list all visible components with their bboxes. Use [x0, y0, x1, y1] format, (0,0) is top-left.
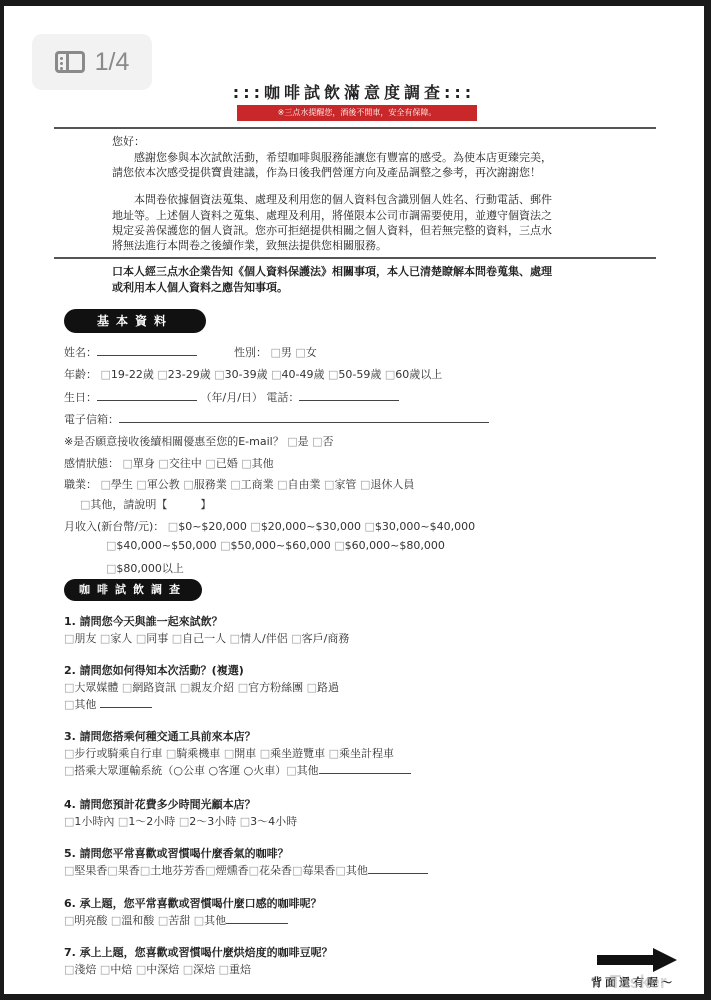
q4-options: 1小時內 1～2小時 2～3小時 3～4小時 [64, 813, 297, 829]
arrow-right-icon [597, 948, 677, 972]
q3-options: 步行或騎乘自行車 騎乘機車 開車 乘坐遊覽車 乘坐計程車 [64, 745, 394, 761]
document-page: 1/4 :::咖啡試飲滿意度調查::: ※三点水提醒您，酒後不開車，安全有保障。… [4, 6, 704, 994]
name-row: 姓名： 性別： 男 女 [64, 344, 317, 360]
income-option[interactable]: $30,000~$40,000 [365, 520, 476, 533]
q5-option[interactable]: 土地芬芳香 [140, 864, 205, 877]
q5-options: 堅果香果香土地芬芳香煙燻香花朵香莓果香其他 [64, 862, 428, 878]
q2-other-checkbox[interactable]: 其他 [64, 698, 96, 711]
consent-checkbox[interactable]: 口本人經三点水企業告知《個人資料保護法》相關事項，本人已清楚瞭解本問卷蒐集、處理 [112, 264, 552, 280]
watermark: Tasker [610, 972, 667, 993]
income-option[interactable]: $50,000~$60,000 [220, 539, 331, 552]
job-option[interactable]: 自由業 [277, 478, 320, 491]
q1-option[interactable]: 同事 [136, 632, 168, 645]
q4-option[interactable]: 2～3小時 [179, 815, 236, 828]
section-basic-info: 基本資料 [64, 309, 206, 333]
relationship-option[interactable]: 交往中 [158, 457, 201, 470]
sidebar-thumbnails-icon [55, 51, 85, 73]
age-option[interactable]: 40-49歲 [271, 368, 324, 381]
income-option[interactable]: $80,000以上 [106, 562, 184, 575]
divider [54, 127, 656, 129]
consent-text: 或利用本人個人資料之應告知事項。 [112, 280, 288, 296]
greeting: 您好： [112, 134, 145, 150]
q3-bus-radio[interactable]: ○公車 [173, 764, 205, 777]
q4-option[interactable]: 1～2小時 [118, 815, 175, 828]
q2-other-field[interactable] [100, 697, 152, 708]
q3-other-field[interactable] [319, 763, 411, 774]
intro-text: 請您依本次感受提供寶貴建議，作為日後我們營運方向及產品調整之參考，再次謝謝您！ [112, 165, 541, 181]
q3-other-checkbox[interactable]: 其他 [286, 764, 318, 777]
job-other-row: 其他，請說明【 】 [80, 496, 211, 512]
privacy-text: 規定妥善保護您的個人資訊。您亦可拒絕提供相關之個人資料，但若無完整的資料，三点水 [112, 223, 552, 239]
q1-option[interactable]: 家人 [100, 632, 132, 645]
q5-option[interactable]: 果香 [107, 864, 139, 877]
q6-other-field[interactable] [226, 913, 288, 924]
q3-coach-radio[interactable]: ○客運 [209, 764, 241, 777]
q5-option[interactable]: 莓果香 [292, 864, 335, 877]
q3-transit-checkbox[interactable]: 搭乘大眾運輸系統 [64, 764, 162, 777]
job-option[interactable]: 服務業 [183, 478, 226, 491]
privacy-text: 地址等。上述個人資料之蒐集、處理及利用，將僅限本公司市調需要使用，並遵守個資法之 [112, 208, 552, 224]
relationship-option[interactable]: 其他 [241, 457, 273, 470]
q2-option[interactable]: 親友介紹 [180, 681, 234, 694]
q1-option[interactable]: 自己一人 [172, 632, 226, 645]
relationship-row: 感情狀態： 單身 交往中 已婚 其他 [64, 455, 274, 471]
email-field[interactable] [119, 412, 489, 423]
privacy-text: 本問卷依據個資法蒐集、處理及利用您的個人資料包含識別個人姓名、行動電話、郵件 [134, 192, 552, 208]
job-other-checkbox[interactable]: 其他，請說明【 】 [80, 498, 211, 511]
q7-option[interactable]: 淺焙 [64, 963, 96, 976]
age-row: 年齡： 19-22歲 23-29歲 30-39歲 40-49歲 50-59歲 6… [64, 366, 442, 382]
q1-option[interactable]: 朋友 [64, 632, 96, 645]
age-option[interactable]: 30-39歲 [214, 368, 267, 381]
q2-option[interactable]: 網路資訊 [122, 681, 176, 694]
q4-option[interactable]: 3～4小時 [240, 815, 297, 828]
question-5: 5. 請問您平常喜歡或習慣喝什麼香氣的咖啡？ [64, 845, 289, 861]
relationship-option[interactable]: 已婚 [205, 457, 237, 470]
age-option[interactable]: 19-22歲 [101, 368, 154, 381]
q2-option[interactable]: 官方粉絲團 [238, 681, 303, 694]
section-coffee-survey: 咖啡試飲調查 [64, 579, 202, 601]
age-option[interactable]: 23-29歲 [157, 368, 210, 381]
q4-option[interactable]: 1小時內 [64, 815, 114, 828]
income-option[interactable]: $0~$20,000 [168, 520, 247, 533]
q6-option[interactable]: 其他 [194, 914, 226, 927]
income-option[interactable]: $20,000~$30,000 [250, 520, 361, 533]
q5-option[interactable]: 花朵香 [249, 864, 292, 877]
gender-female-checkbox[interactable]: 女 [295, 346, 316, 359]
q6-option[interactable]: 溫和酸 [111, 914, 154, 927]
name-field[interactable] [97, 345, 197, 356]
warning-banner: ※三点水提醒您，酒後不開車，安全有保障。 [237, 105, 477, 121]
page-number: 1/4 [95, 48, 130, 77]
q5-option[interactable]: 其他 [335, 864, 367, 877]
job-option[interactable]: 退休人員 [360, 478, 414, 491]
q1-option[interactable]: 情人/伴侶 [230, 632, 288, 645]
q3-transit-row: 搭乘大眾運輸系統（○公車 ○客運 ○火車）其他 [64, 762, 411, 778]
question-2: 2. 請問您如何得知本次活動？(複選) [64, 662, 244, 678]
q3-option[interactable]: 騎乘機車 [166, 747, 220, 760]
job-option[interactable]: 家管 [324, 478, 356, 491]
q5-option[interactable]: 堅果香 [64, 864, 107, 877]
question-7: 7. 承上上題，您喜歡或習慣喝什麼烘焙度的咖啡豆呢？ [64, 944, 333, 960]
q7-option[interactable]: 深焙 [183, 963, 215, 976]
q6-option[interactable]: 明亮酸 [64, 914, 107, 927]
job-row: 職業： 學生 軍公教 服務業 工商業 自由業 家管 退休人員 [64, 476, 414, 492]
income-row-2: $40,000~$50,000 $50,000~$60,000 $60,000~… [106, 539, 445, 552]
q7-options: 淺焙 中焙 中深焙 深焙 重焙 [64, 961, 251, 977]
q3-option[interactable]: 乘坐計程車 [329, 747, 394, 760]
q2-option[interactable]: 路過 [307, 681, 339, 694]
question-6: 6. 承上題，您平常喜歡或習慣喝什麼口感的咖啡呢？ [64, 895, 322, 911]
birthday-phone-row: 生日： （年/月/日） 電話： [64, 389, 399, 405]
q6-option[interactable]: 苦甜 [158, 914, 190, 927]
income-row: 月收入(新台幣/元)： $0~$20,000 $20,000~$30,000 $… [64, 518, 475, 534]
email-row: 電子信箱： [64, 411, 489, 427]
q3-option[interactable]: 開車 [224, 747, 256, 760]
q7-option[interactable]: 中焙 [100, 963, 132, 976]
q5-other-field[interactable] [368, 863, 428, 874]
q2-options: 大眾媒體 網路資訊 親友介紹 官方粉絲團 路過 [64, 679, 339, 695]
age-option[interactable]: 50-59歲 [328, 368, 381, 381]
q2-other-row: 其他 [64, 696, 152, 712]
q2-option[interactable]: 大眾媒體 [64, 681, 118, 694]
income-option[interactable]: $60,000~$80,000 [334, 539, 445, 552]
q1-options: 朋友 家人 同事 自己一人 情人/伴侶 客戶/商務 [64, 630, 349, 646]
q3-option[interactable]: 乘坐遊覽車 [260, 747, 325, 760]
gender-male-checkbox[interactable]: 男 [271, 346, 292, 359]
phone-field[interactable] [299, 390, 399, 401]
job-option[interactable]: 工商業 [230, 478, 273, 491]
email-optin-no-checkbox[interactable]: 否 [312, 435, 333, 448]
privacy-text: 將無法進行本問卷之後續作業，致無法提供您相關服務。 [112, 238, 387, 254]
email-optin-row: ※是否願意接收後續相關優惠至您的E-mail？ 是 否 [64, 433, 334, 449]
income-row-3: $80,000以上 [106, 560, 184, 576]
q3-option[interactable]: 步行或騎乘自行車 [64, 747, 162, 760]
intro-text: 感謝您參與本次試飲活動，希望咖啡與服務能讓您有豐富的感受。為使本店更臻完美， [134, 150, 552, 166]
q3-train-radio[interactable]: ○火車 [244, 764, 276, 777]
question-3: 3. 請問您搭乘何種交通工具前來本店？ [64, 728, 256, 744]
job-option[interactable]: 學生 [101, 478, 133, 491]
birthday-field[interactable] [97, 390, 197, 401]
divider [54, 257, 656, 259]
email-optin-yes-checkbox[interactable]: 是 [287, 435, 308, 448]
job-option[interactable]: 軍公教 [136, 478, 179, 491]
q7-option[interactable]: 重焙 [219, 963, 251, 976]
q5-option[interactable]: 煙燻香 [205, 864, 248, 877]
relationship-option[interactable]: 單身 [123, 457, 155, 470]
q1-option[interactable]: 客戶/商務 [291, 632, 349, 645]
question-1: 1. 請問您今天與誰一起來試飲？ [64, 613, 223, 629]
age-option[interactable]: 60歲以上 [385, 368, 442, 381]
question-4: 4. 請問您預計花費多少時間光顧本店？ [64, 796, 256, 812]
income-option[interactable]: $40,000~$50,000 [106, 539, 217, 552]
document-title: :::咖啡試飲滿意度調查::: [4, 80, 704, 103]
q6-options: 明亮酸 溫和酸 苦甜 其他 [64, 912, 288, 928]
q7-option[interactable]: 中深焙 [136, 963, 179, 976]
